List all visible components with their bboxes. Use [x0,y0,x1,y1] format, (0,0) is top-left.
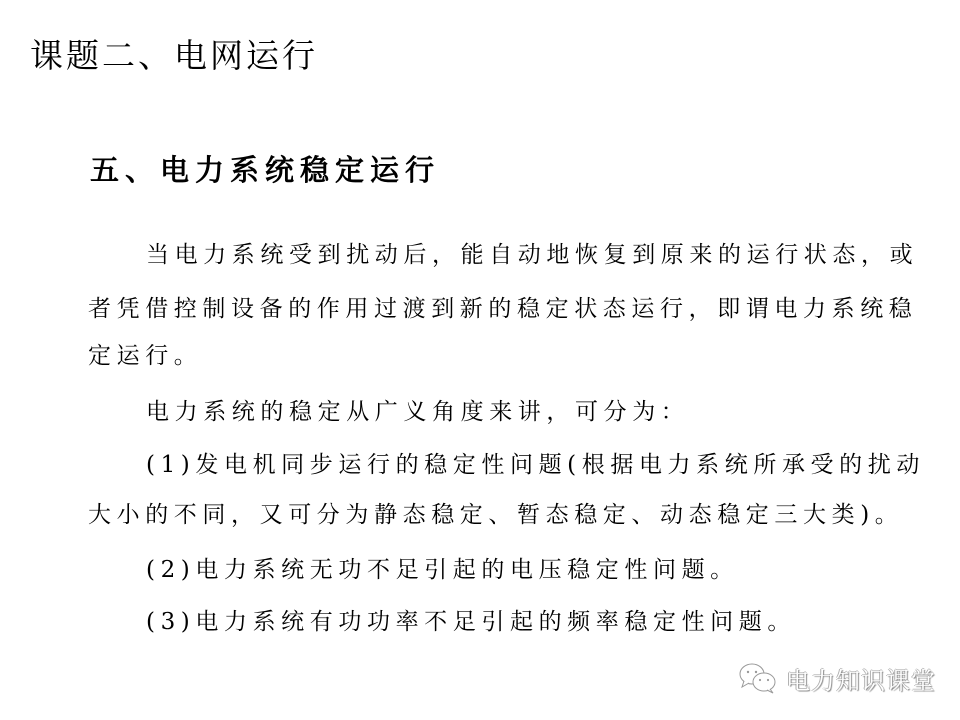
list-item-2: (2)电力系统无功不足引起的电压稳定性问题。 [146,554,739,586]
list-item-1: (1)发电机同步运行的稳定性问题(根据电力系统所承受的扰动 [146,449,925,481]
list-item-3: (3)电力系统有功功率不足引起的频率稳定性问题。 [146,606,796,638]
paragraph-line: 电力系统的稳定从广义角度来讲，可分为： [146,396,689,428]
slide-title: 课题二、电网运行 [30,34,318,78]
watermark: 电力知识课堂 [738,660,936,696]
paragraph-line: 定运行。 [88,340,202,372]
wechat-icon [738,662,778,694]
paragraph-line: 者凭借控制设备的作用过渡到新的稳定状态运行，即谓电力系统稳 [88,293,917,325]
paragraph-line: 当电力系统受到扰动后，能自动地恢复到原来的运行状态，或 [146,239,918,271]
list-item-1-continued: 大小的不同，又可分为静态稳定、暂态稳定、动态稳定三大类)。 [88,499,903,531]
watermark-text: 电力知识课堂 [786,661,936,696]
section-title: 五、电力系统稳定运行 [90,150,440,190]
